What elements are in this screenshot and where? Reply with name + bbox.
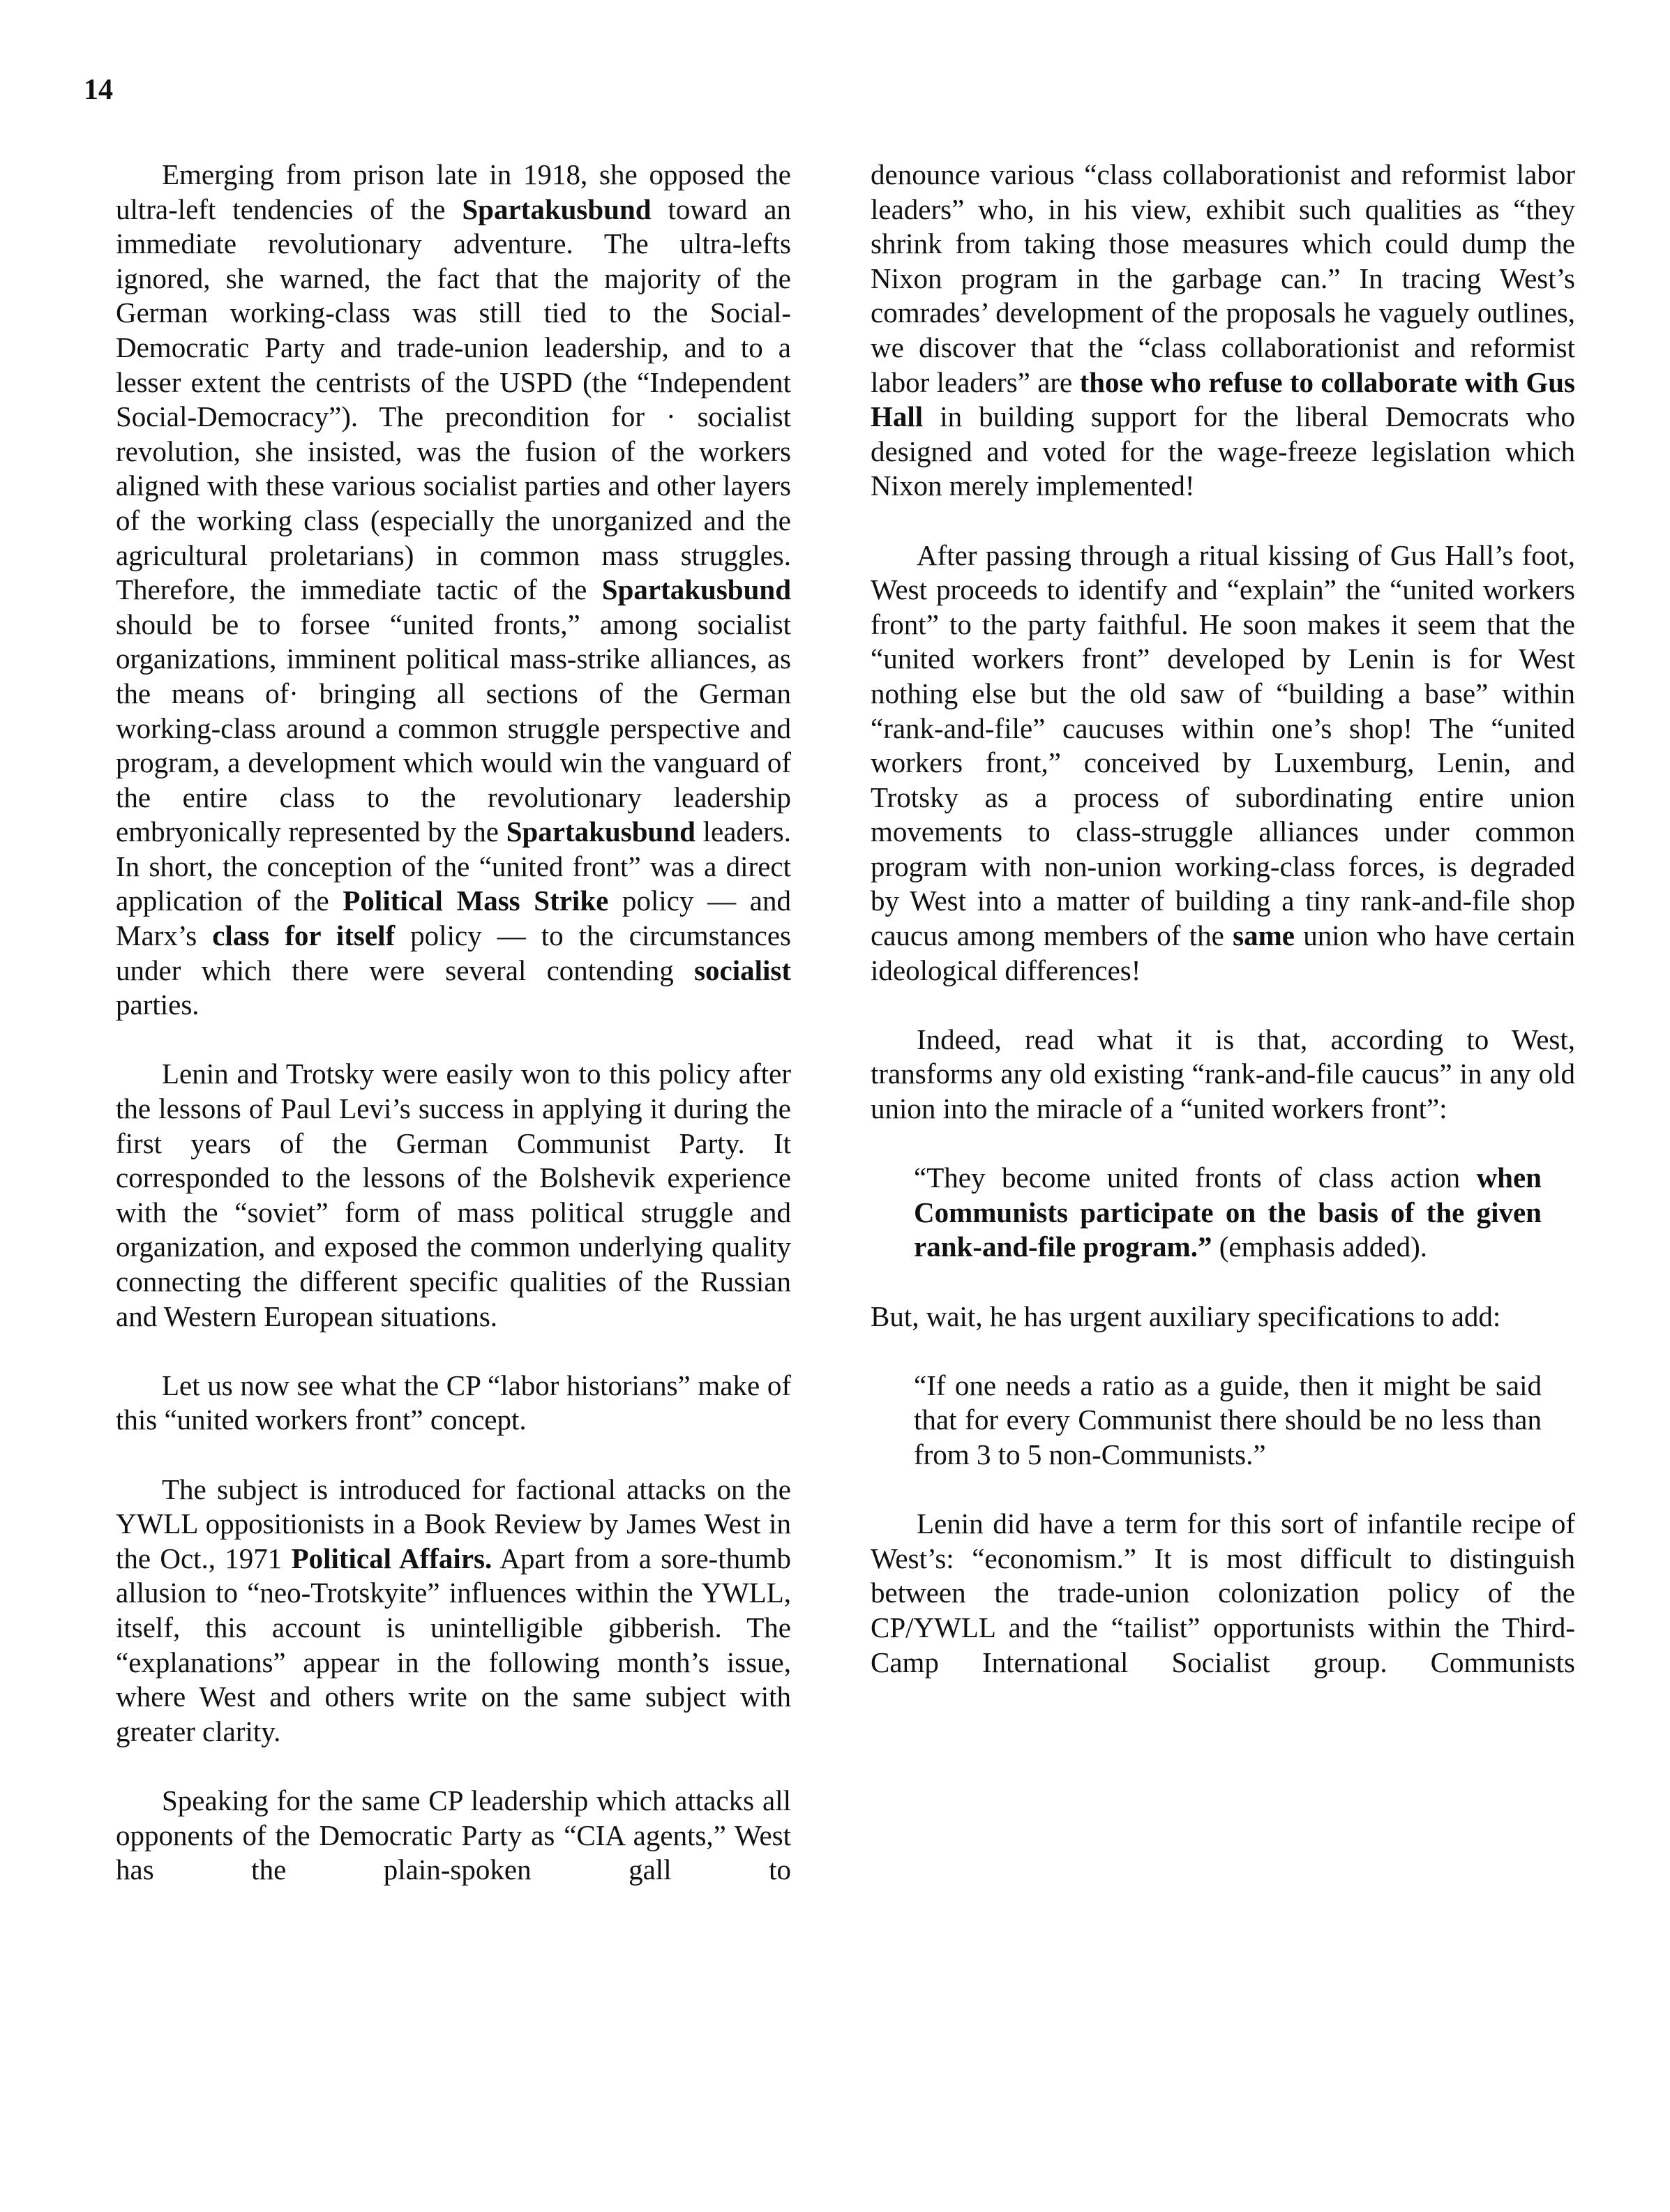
text-run: Lenin did have a term for this sort of i… bbox=[871, 1507, 1575, 1678]
paragraph-speaking-for-cp: Speaking for the same CP leadership whic… bbox=[116, 1784, 791, 1888]
text-run: toward an immediate revolutionary advent… bbox=[116, 193, 791, 606]
bold-term-class-for-itself: class for itself bbox=[212, 919, 395, 951]
paragraph-but-wait: But, wait, he has urgent auxiliary speci… bbox=[871, 1300, 1575, 1334]
text-run: Lenin and Trotsky were easily won to thi… bbox=[116, 1058, 791, 1332]
paragraph-ritual-kissing: After passing through a ritual kissing o… bbox=[871, 539, 1575, 988]
paragraph-lenin-trotsky: Lenin and Trotsky were easily won to thi… bbox=[116, 1057, 791, 1334]
text-run: “If one needs a ratio as a guide, then i… bbox=[914, 1369, 1542, 1470]
bold-term-socialist: socialist bbox=[694, 954, 791, 986]
text-run: should be to forsee “united fronts,” amo… bbox=[116, 608, 791, 848]
page-number: 14 bbox=[84, 73, 113, 107]
left-column: Emerging from prison late in 1918, she o… bbox=[116, 158, 791, 1888]
bold-term-political-affairs: Political Affairs. bbox=[292, 1542, 492, 1574]
bold-term-spartakusbund: Spartakusbund bbox=[506, 815, 695, 848]
bold-term-same: same bbox=[1233, 919, 1295, 951]
text-run: Speaking for the same CP leadership whic… bbox=[116, 1784, 791, 1886]
right-column: denounce various “class collaborationist… bbox=[871, 158, 1575, 1680]
text-run: in building support for the liberal Demo… bbox=[871, 400, 1575, 502]
bold-term-political-mass-strike: Political Mass Strike bbox=[343, 885, 608, 917]
bold-term-spartakusbund: Spartakusbund bbox=[602, 573, 791, 605]
paragraph-book-review: The subject is introduced for factional … bbox=[116, 1473, 791, 1750]
paragraph-luxemburg-united-front: Emerging from prison late in 1918, she o… bbox=[116, 158, 791, 1023]
paragraph-indeed-read: Indeed, read what it is that, according … bbox=[871, 1023, 1575, 1127]
text-run: (emphasis added). bbox=[1212, 1231, 1427, 1263]
paragraph-labor-historians: Let us now see what the CP “labor histor… bbox=[116, 1369, 791, 1438]
text-run: Let us now see what the CP “labor histor… bbox=[116, 1369, 791, 1436]
text-run: “They become united fronts of class acti… bbox=[914, 1161, 1477, 1194]
text-run: parties. bbox=[116, 988, 200, 1021]
text-run: Indeed, read what it is that, according … bbox=[871, 1023, 1575, 1124]
bold-term-spartakusbund: Spartakusbund bbox=[462, 193, 651, 225]
text-run: After passing through a ritual kissing o… bbox=[871, 539, 1575, 952]
paragraph-economism: Lenin did have a term for this sort of i… bbox=[871, 1507, 1575, 1680]
block-quote-united-fronts: “They become united fronts of class acti… bbox=[914, 1161, 1542, 1265]
text-run: But, wait, he has urgent auxiliary speci… bbox=[871, 1300, 1500, 1332]
block-quote-ratio: “If one needs a ratio as a guide, then i… bbox=[914, 1369, 1542, 1473]
text-run: denounce various “class collaborationist… bbox=[871, 158, 1575, 398]
paragraph-denounce-continuation: denounce various “class collaborationist… bbox=[871, 158, 1575, 504]
